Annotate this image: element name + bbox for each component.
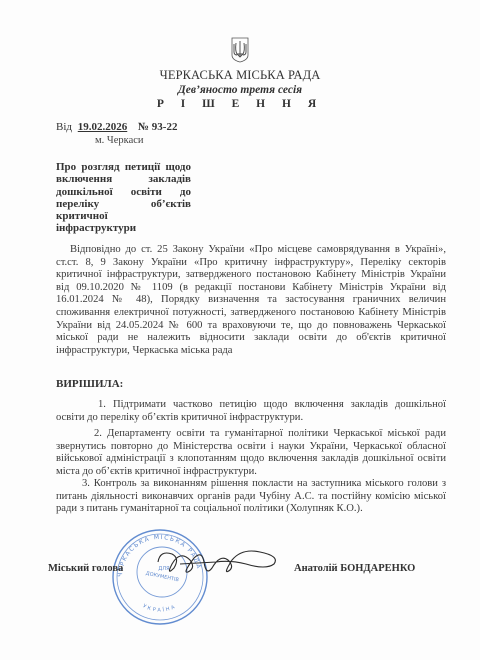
svg-text:УКРАЇНА: УКРАЇНА xyxy=(142,603,178,613)
subject-heading: Про розгляд петиції щодо включення закла… xyxy=(56,161,191,235)
subject-line: інфраструктури xyxy=(56,222,191,234)
council-name: ЧЕРКАСЬКА МІСЬКА РАДА xyxy=(0,68,480,83)
decision-item-2: 2. Департаменту освіти та гуманітарної п… xyxy=(56,428,446,478)
subject-line: дошкільної освіти до xyxy=(56,186,191,198)
signature-icon xyxy=(150,540,290,585)
decision-item-3: 3. Контроль за виконанням рішення поклас… xyxy=(56,478,446,516)
subject-line: Про розгляд петиції щодо xyxy=(56,161,191,173)
subject-line: включення закладів xyxy=(56,173,191,185)
date-prefix: Від xyxy=(56,121,72,133)
decision-item-1: 1. Підтримати частково петицію щодо вклю… xyxy=(56,399,446,424)
subject-line: переліку об’єктів xyxy=(56,198,191,210)
decision-date: 19.02.2026 xyxy=(78,121,128,133)
signatory-title: Міський голова xyxy=(48,563,123,574)
decision-number: № 93-22 xyxy=(138,121,177,133)
preamble-paragraph: Відповідно до ст. 25 Закону України «Про… xyxy=(56,244,446,357)
subject-line: критичної xyxy=(56,210,191,222)
city: м. Черкаси xyxy=(95,135,144,146)
session-title: Дев’яносто третя сесія xyxy=(0,84,480,96)
signatory-name: Анатолій БОНДАРЕНКО xyxy=(294,563,415,574)
document-title: Р І Ш Е Н Н Я xyxy=(0,98,480,110)
document-page: ЧЕРКАСЬКА МІСЬКА РАДА Дев’яносто третя с… xyxy=(0,0,480,660)
dateline: Від 19.02.2026 № 93-22 xyxy=(56,121,177,133)
resolved-label: ВИРІШИЛА: xyxy=(56,378,123,390)
trident-emblem-icon xyxy=(231,37,249,63)
